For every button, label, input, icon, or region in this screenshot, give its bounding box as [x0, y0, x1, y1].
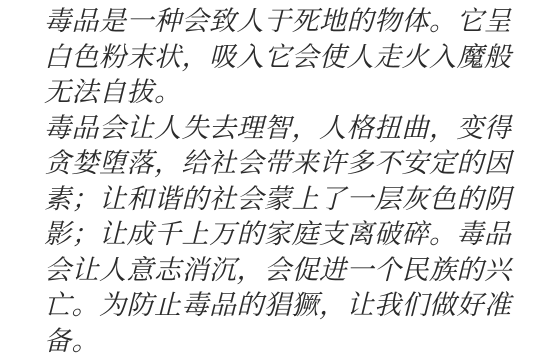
essay-line: 毒品会让人失去理智，人格扭曲，变得 — [44, 111, 526, 147]
essay-line: 影；让成千上万的家庭支离破碎。毒品 — [44, 217, 526, 253]
essay-line: 素；让和谐的社会蒙上了一层灰色的阴 — [44, 182, 526, 218]
essay-line: 贪婪堕落，给社会带来许多不安定的因 — [44, 146, 526, 182]
essay-page: 毒品是一种会致人于死地的物体。它呈 白色粉末状，吸入它会使人走火入魔般 无法自拔… — [0, 0, 540, 360]
essay-line: 会让人意志消沉，会促进一个民族的兴 — [44, 253, 526, 289]
essay-line: 无法自拔。 — [44, 75, 526, 111]
essay-line: 备。 — [44, 324, 526, 360]
essay-line: 毒品是一种会致人于死地的物体。它呈 — [44, 4, 526, 40]
essay-line: 亡。为防止毒品的猖獗，让我们做好准 — [44, 288, 526, 324]
essay-line: 白色粉末状，吸入它会使人走火入魔般 — [44, 40, 526, 76]
